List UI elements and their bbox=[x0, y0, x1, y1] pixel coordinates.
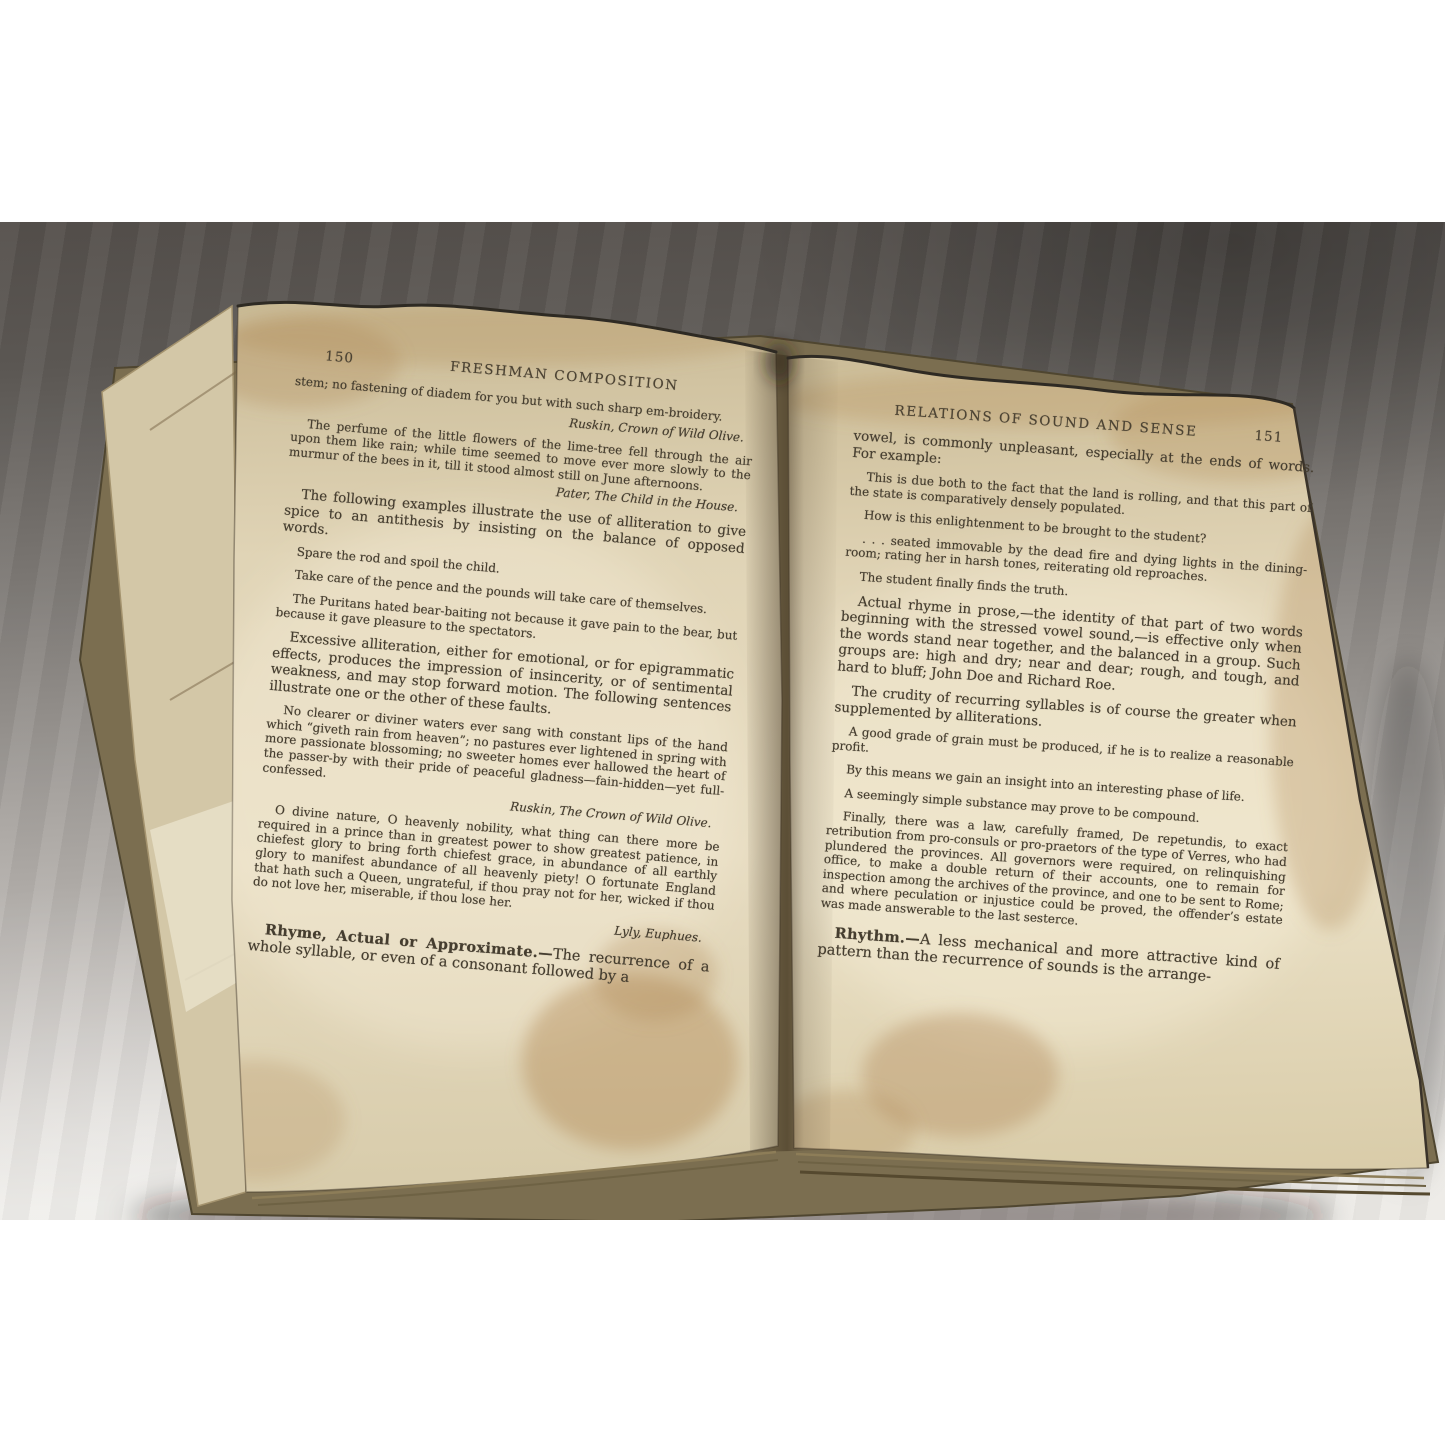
book-photo-scene: { "colors": { "backdrop_white": "#ffffff… bbox=[0, 0, 1445, 1445]
gutter-shadow bbox=[745, 350, 838, 1152]
right-page-text: RELATIONS OF SOUND AND SENSE 151 vowel, … bbox=[816, 400, 1317, 999]
spine-notch-shadow bbox=[765, 342, 793, 382]
paragraph-lead: Rhythm.— bbox=[834, 924, 921, 947]
photo-margin-top bbox=[0, 0, 1445, 222]
paragraph: Finally, there was a law, carefully fram… bbox=[820, 808, 1288, 942]
left-page-text: 150 FRESHMAN COMPOSITION stem; no fasten… bbox=[246, 346, 758, 1002]
right-page-paragraphs: vowel, is commonly unpleasant, especiall… bbox=[817, 428, 1315, 992]
left-page-paragraphs: stem; no fastening of diadem for you but… bbox=[247, 374, 756, 994]
photo-margin-bottom bbox=[0, 1220, 1445, 1445]
